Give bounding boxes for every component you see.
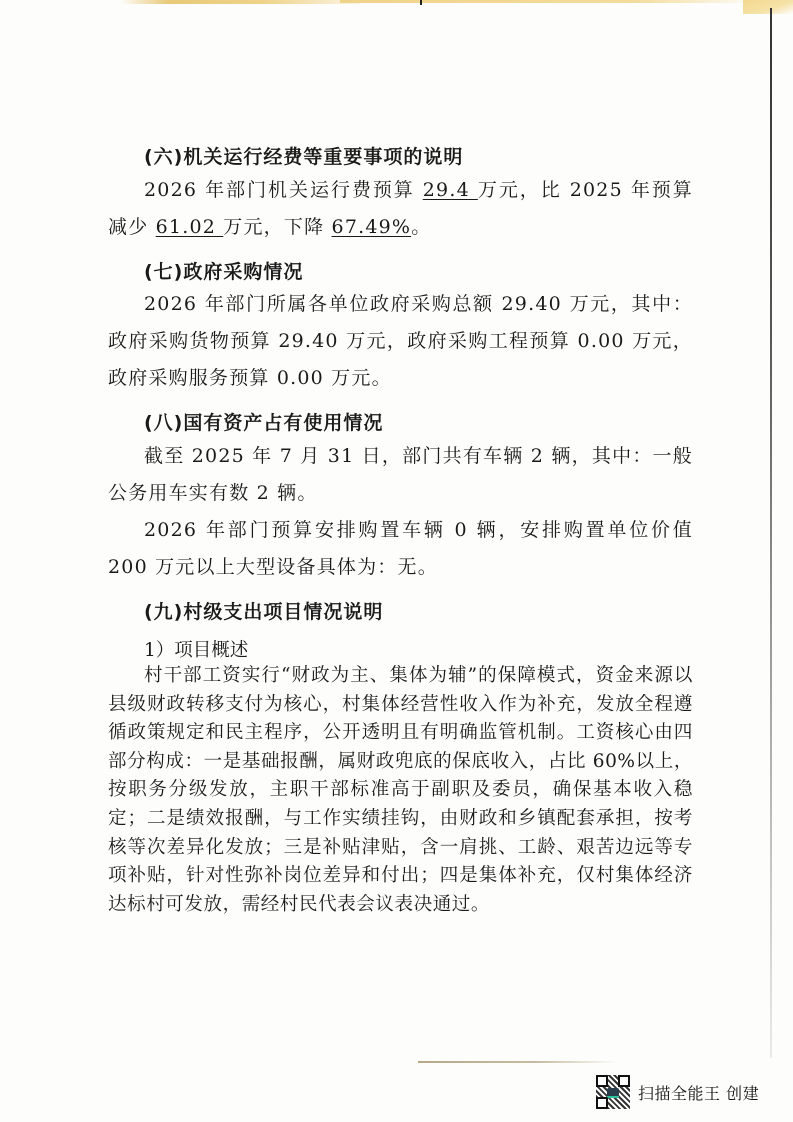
section-heading-7: (七)政府采购情况 [144,257,303,284]
scanner-watermark: 扫描全能王 创建 [596,1075,759,1109]
text-fragment: 。 [411,216,431,238]
page-right-edge [770,8,772,1058]
section-heading-6: (六)机关运行经费等重要事项的说明 [144,142,463,169]
decrease-amount-value: 61.02 [156,216,224,238]
section-8-paragraph-1: 截至 2025 年 7 月 31 日，部门共有车辆 2 辆，其中：一般公务用车实… [108,438,693,512]
section-9-paragraph: 村干部工资实行“财政为主、集体为辅”的保障模式，资金来源以县级财政转移支付为核心… [108,662,693,919]
scan-bottom-line [418,1061,618,1063]
section-6-paragraph: 2026 年部门机关运行费预算 29.4 万元，比 2025 年预算减少 61.… [108,172,693,246]
decrease-percent-value: 67.49% [332,216,412,238]
section-7-paragraph: 2026 年部门所属各单位政府采购总额 29.40 万元，其中：政府采购货物预算… [108,286,693,397]
section-heading-8: (八)国有资产占有使用情况 [144,408,383,435]
qr-code-icon [596,1075,630,1109]
scan-edge-strip [340,0,760,3]
watermark-text: 扫描全能王 创建 [638,1081,759,1104]
scan-edge-mark [420,0,422,5]
page-corner-curl [743,0,793,14]
text-fragment: 2026 年部门机关运行费预算 [144,179,423,201]
operating-budget-value: 29.4 [423,179,478,201]
scan-edge-strip [120,0,360,4]
text-fragment: 万元，下降 [223,216,331,238]
section-9-subheading: 1）项目概述 [144,636,248,662]
section-heading-9: (九)村级支出项目情况说明 [144,597,383,624]
section-8-paragraph-2: 2026 年部门预算安排购置车辆 0 辆，安排购置单位价值 200 万元以上大型… [108,512,693,586]
